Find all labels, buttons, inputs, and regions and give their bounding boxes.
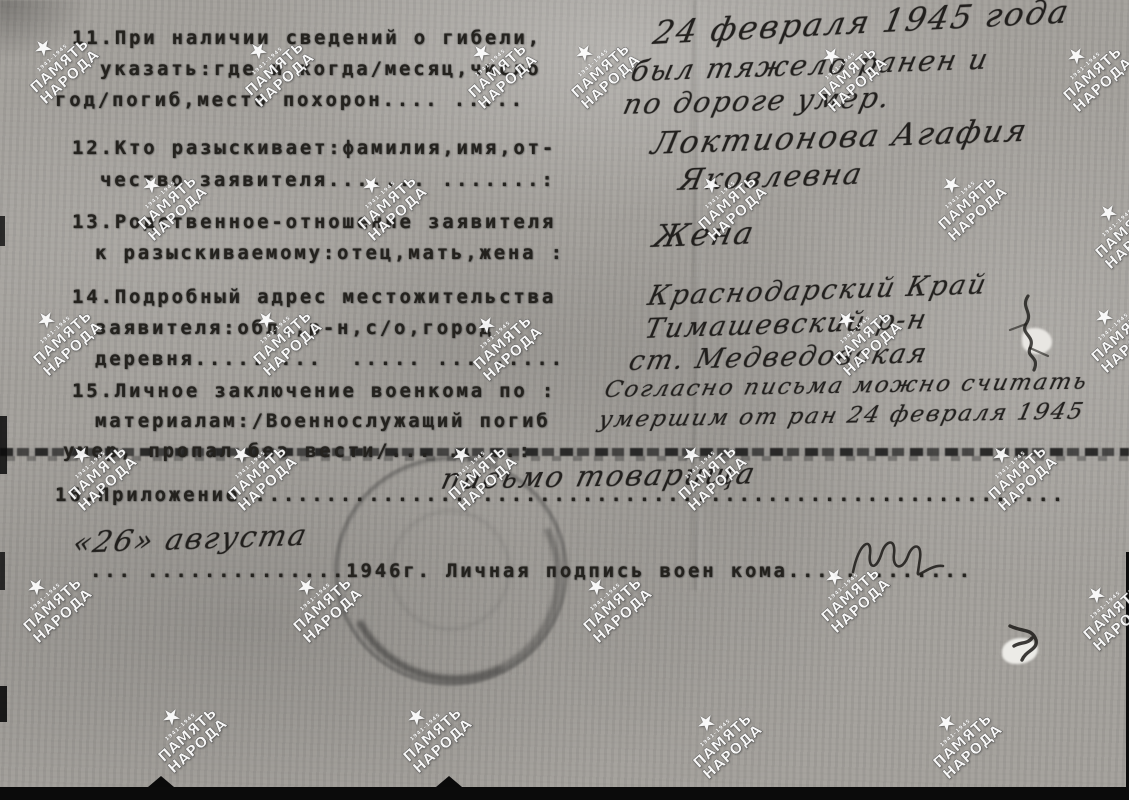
watermark-years: 1941-1945	[565, 37, 623, 90]
star-icon: ★	[139, 686, 206, 749]
handwritten-line: Локтионова Агафия	[648, 113, 1032, 162]
typed-line: деревня..... ... ..... ... .....	[95, 349, 565, 371]
typed-line: чество заявителя....... .......:	[100, 170, 556, 192]
scan-edge-notch	[436, 776, 462, 787]
handwritten-line: умершим от ран 24 февраля 1945	[596, 399, 1087, 433]
handwritten-line: письмо товарища	[438, 457, 760, 496]
watermark-text: НАРОДА	[941, 723, 1006, 784]
watermark-years: 1941-1945	[932, 169, 990, 222]
scan-edge-notch	[148, 776, 174, 787]
watermark-years: 1941-1945	[927, 707, 985, 760]
watermark-text: НАРОДА	[591, 587, 656, 648]
typed-line: к разыскиваемому:отец,мать,жена :	[95, 243, 565, 265]
archive-watermark: ★1941-1945ПАМЯТЬНАРОДА	[139, 686, 232, 778]
scan-edge-left-mark	[0, 686, 7, 722]
watermark-years: 1941-1945	[1077, 579, 1129, 632]
handwritten-line: по дороге умер.	[620, 81, 895, 121]
watermark-text: ПАМЯТЬ	[1093, 201, 1129, 262]
scan-edge-bottom	[0, 787, 1129, 800]
star-icon: ★	[919, 154, 986, 217]
watermark-text: НАРОДА	[31, 587, 96, 648]
watermark-text: ПАМЯТЬ	[156, 705, 221, 766]
watermark-text: ПАМЯТЬ	[569, 41, 634, 102]
watermark-text: ПАМЯТЬ	[581, 575, 646, 636]
watermark-text: НАРОДА	[1071, 56, 1129, 117]
handwritten-line: 24 февраля 1945 года	[650, 0, 1073, 52]
star-icon: ★	[4, 556, 71, 619]
watermark-years: 1941-1945	[152, 701, 210, 754]
star-icon: ★	[1044, 25, 1111, 88]
archive-watermark: ★1941-1945ПАМЯТЬНАРОДА	[914, 692, 1007, 784]
typed-line: ... ..............1946г. Личная подпись …	[90, 561, 973, 583]
typed-line: умер, пропал без вести/... .....:	[63, 441, 533, 463]
archive-watermark: ★1941-1945ПАМЯТЬНАРОДА	[4, 556, 97, 648]
star-icon: ★	[1072, 286, 1129, 349]
scan-edge-left-mark	[0, 416, 7, 474]
paper-hole	[992, 616, 1052, 676]
watermark-text: НАРОДА	[1099, 317, 1129, 378]
handwritten-line: Яковлевна	[676, 157, 867, 197]
star-icon: ★	[14, 289, 81, 352]
watermark-text: НАРОДА	[1091, 595, 1129, 656]
typed-line: материалам:/Военнослужащий погиб	[95, 411, 551, 433]
watermark-years: 1941-1945	[27, 304, 85, 357]
watermark-text: НАРОДА	[166, 717, 231, 778]
handwritten-line: «26» августа	[70, 518, 311, 560]
typed-line: год/погиб,место похорон.... .....	[55, 90, 525, 112]
watermark-text: ПАМЯТЬ	[1061, 44, 1126, 105]
watermark-text: НАРОДА	[411, 717, 476, 778]
archive-watermark: ★1941-1945ПАМЯТЬНАРОДА	[1064, 564, 1129, 656]
typed-line: 13.Родственное-отношение заявителя	[72, 212, 556, 234]
star-icon: ★	[1064, 564, 1129, 627]
star-icon: ★	[11, 17, 78, 80]
archive-watermark: ★1941-1945ПАМЯТЬНАРОДА	[1072, 286, 1129, 378]
archive-watermark: ★1941-1945ПАМЯТЬНАРОДА	[384, 686, 477, 778]
watermark-text: ПАМЯТЬ	[936, 173, 1001, 234]
scan-edge-left-mark	[0, 552, 5, 590]
watermark-years: 1941-1945	[1089, 197, 1129, 250]
archive-watermark: ★1941-1945ПАМЯТЬНАРОДА	[1076, 182, 1129, 274]
watermark-text: ПАМЯТЬ	[21, 575, 86, 636]
star-icon: ★	[552, 22, 619, 85]
watermark-years: 1941-1945	[1057, 40, 1115, 93]
watermark-years: 1941-1945	[1085, 301, 1129, 354]
archive-watermark: ★1941-1945ПАМЯТЬНАРОДА	[919, 154, 1012, 246]
watermark-text: ПАМЯТЬ	[931, 711, 996, 772]
watermark-text: ПАМЯТЬ	[691, 711, 756, 772]
typed-line: указать:где и когда/месяц,число	[100, 59, 541, 81]
watermark-text: ПАМЯТЬ	[31, 308, 96, 369]
watermark-years: 1941-1945	[17, 571, 75, 624]
star-icon: ★	[914, 692, 981, 755]
handwritten-line: Жена	[650, 216, 759, 255]
typed-line: 15.Личное заключение военкома по :	[72, 381, 556, 403]
document-scan: 11.При наличии сведений о гибели,указать…	[0, 0, 1129, 800]
watermark-text: НАРОДА	[701, 723, 766, 784]
typed-line: 11.При наличии сведений о гибели,	[72, 28, 542, 50]
handwritten-line: Краснодарский Край	[645, 269, 991, 312]
archive-watermark: ★1941-1945ПАМЯТЬНАРОДА	[674, 692, 767, 784]
typed-line: заявителя:обл.,р-н,с/о,город	[95, 318, 494, 340]
typed-line: 14.Подробный адрес местожительства	[72, 287, 556, 309]
watermark-text: НАРОДА	[1103, 213, 1129, 274]
watermark-years: 1941-1945	[397, 701, 455, 754]
star-icon: ★	[674, 692, 741, 755]
watermark-years: 1941-1945	[687, 707, 745, 760]
star-icon: ★	[384, 686, 451, 749]
watermark-text: ПАМЯТЬ	[1081, 583, 1129, 644]
watermark-text: НАРОДА	[946, 185, 1011, 246]
star-icon: ★	[1076, 182, 1129, 245]
typed-line: 12.Кто разыскивает:фамилия,имя,от-	[72, 138, 556, 160]
watermark-text: ПАМЯТЬ	[401, 705, 466, 766]
archive-watermark: ★1941-1945ПАМЯТЬНАРОДА	[1044, 25, 1129, 117]
watermark-text: ПАМЯТЬ	[1089, 305, 1129, 366]
scan-edge-left-mark	[0, 216, 5, 246]
